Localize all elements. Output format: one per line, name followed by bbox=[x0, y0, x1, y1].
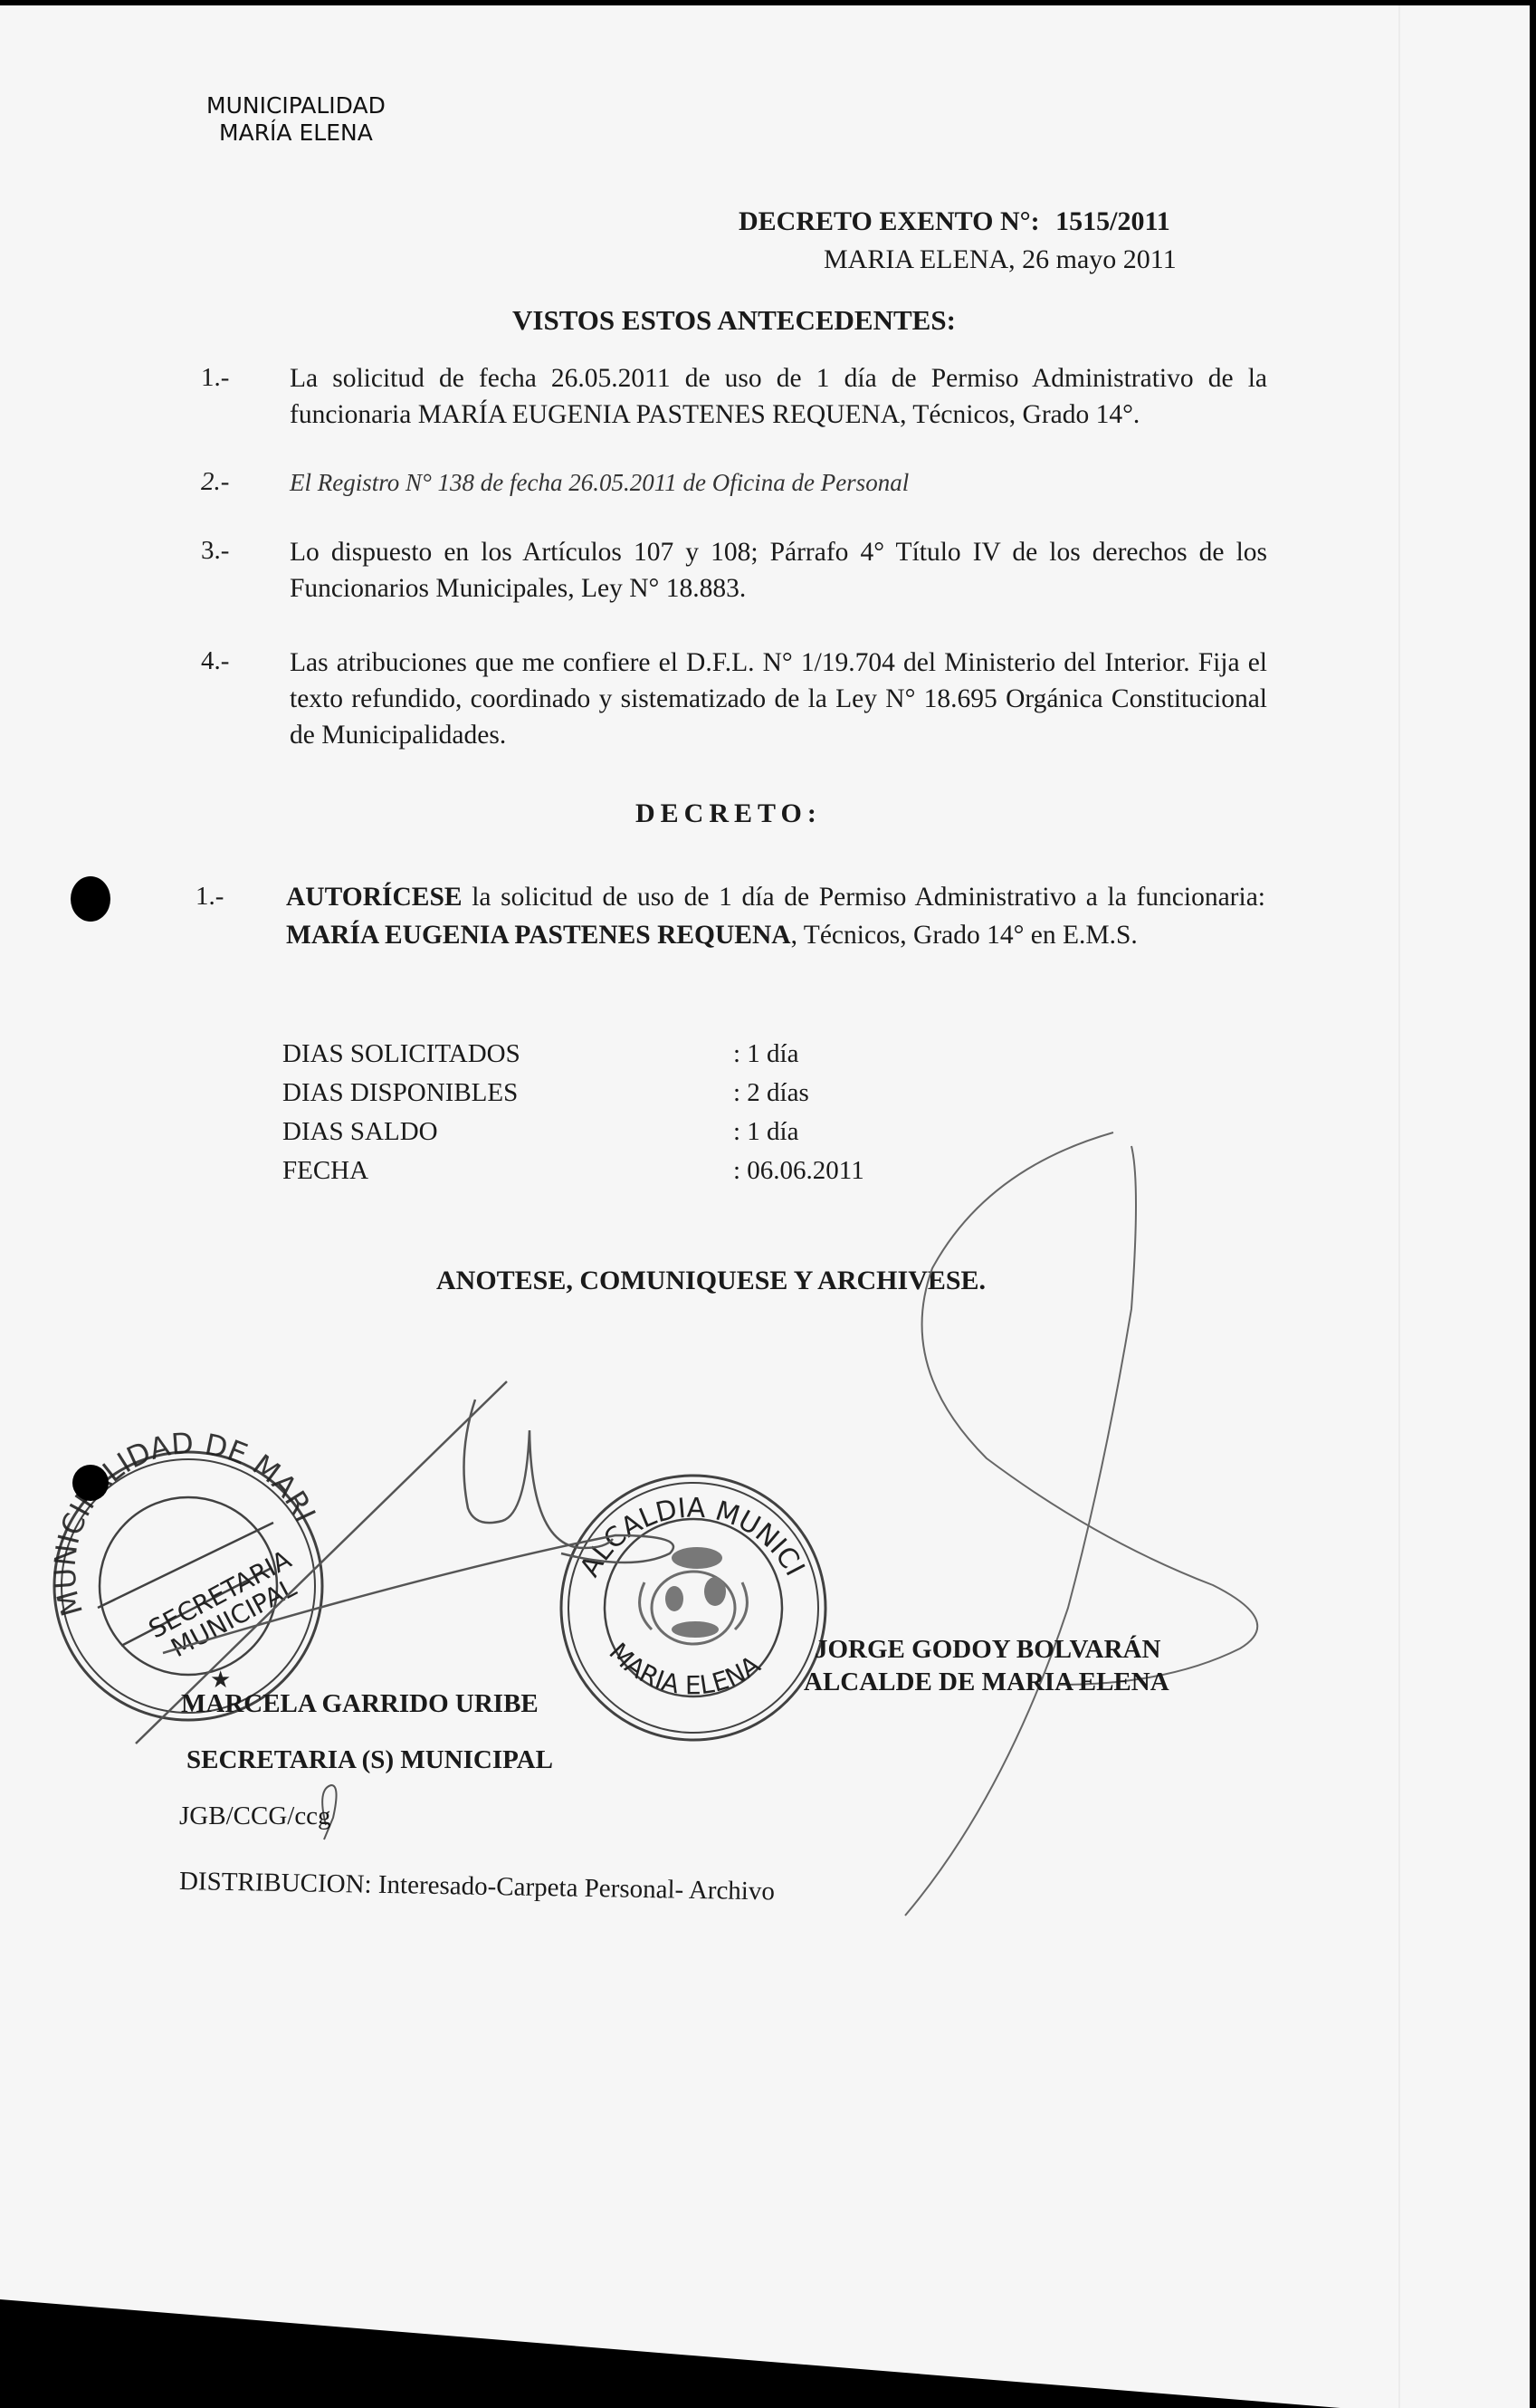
stamps-and-signatures: MUNICIPALIDAD DE MARIA ELENA SECRETARIA … bbox=[0, 5, 1530, 2408]
mayor-name: JORGE GODOY BOLVARÁN bbox=[815, 1635, 1160, 1665]
distribution-value: Interesado-Carpeta Personal- Archivo bbox=[371, 1870, 775, 1906]
coat-of-arms-icon bbox=[640, 1547, 748, 1644]
secretaria-stamp-outer-text: MUNICIPALIDAD DE MARIA ELENA bbox=[0, 5, 322, 1620]
alcaldia-stamp-bottom-text: MARIA ELENA bbox=[603, 1637, 765, 1700]
document-page: MUNICIPALIDAD MARÍA ELENA DECRETO EXENTO… bbox=[0, 5, 1530, 2408]
mayor-title: ALCALDE DE MARIA ELENA bbox=[804, 1667, 1169, 1697]
reference-initials: JGB/CCG/ccg bbox=[179, 1801, 331, 1831]
mayor-signature bbox=[905, 1132, 1257, 1916]
distribution-label: DISTRIBUCION: bbox=[179, 1867, 372, 1899]
alcaldia-stamp-top-text: ALCALDIA MUNICIPAL bbox=[0, 5, 810, 1582]
secretary-name: MARCELA GARRIDO URIBE bbox=[181, 1689, 539, 1719]
binder-hole-mark bbox=[72, 1465, 109, 1501]
secretary-title: SECRETARIA (S) MUNICIPAL bbox=[186, 1745, 553, 1775]
